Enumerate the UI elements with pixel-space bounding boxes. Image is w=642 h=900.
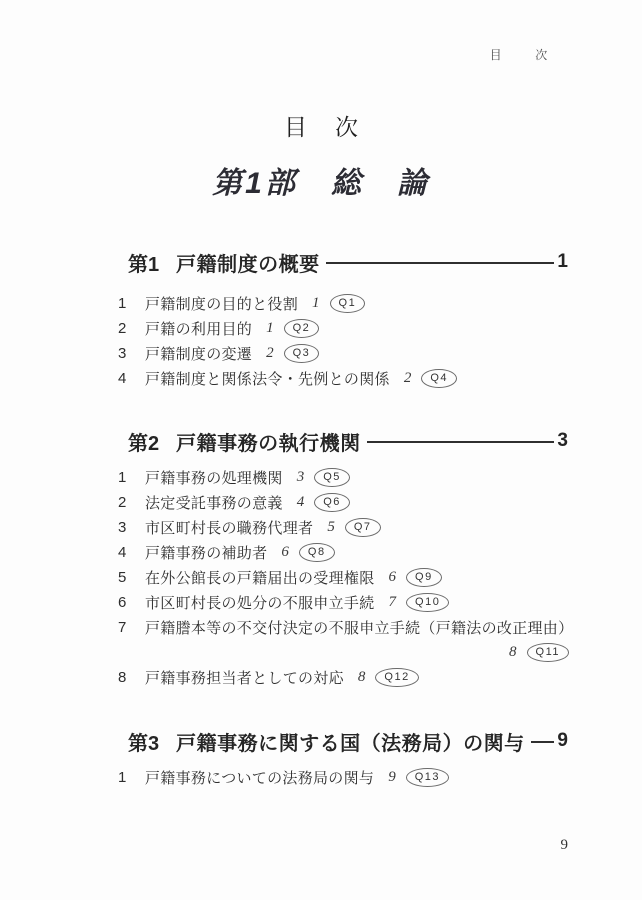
item-number: 2 xyxy=(118,494,145,511)
item-title: 市区町村長の職務代理者 xyxy=(145,517,313,538)
question-badge: Q4 xyxy=(421,369,457,388)
toc-item: 1 戸籍制度の目的と役割 1 Q1 xyxy=(118,291,570,316)
item-page-number: 6 xyxy=(281,544,289,561)
question-badge: Q2 xyxy=(284,319,320,338)
question-badge: Q13 xyxy=(406,768,449,787)
item-number: 6 xyxy=(118,594,145,611)
item-number: 8 xyxy=(118,669,145,686)
item-page-number: 9 xyxy=(388,769,396,786)
section-title: 戸籍事務の執行機関 xyxy=(176,427,361,456)
toc-item: 3 戸籍制度の変遷 2 Q3 xyxy=(118,341,570,366)
item-page-number: 4 xyxy=(297,494,305,511)
item-title: 戸籍事務担当者としての対応 xyxy=(145,667,344,688)
item-number: 7 xyxy=(118,619,145,636)
section-items-2: 1 戸籍事務の処理機関 3 Q5 2 法定受託事務の意義 4 Q6 3 市区町村… xyxy=(118,465,570,690)
item-page-number: 3 xyxy=(297,469,305,486)
question-badge: Q7 xyxy=(345,518,381,537)
toc-page: 目 次 目 次 第1部 総 論 第1 戸籍制度の概要 1 1 戸籍制度の目的と役… xyxy=(0,0,642,900)
section-heading-2: 第2 戸籍事務の執行機関 3 xyxy=(128,427,568,455)
toc-item: 3 市区町村長の職務代理者 5 Q7 xyxy=(118,515,570,540)
toc-item-continuation: 8 Q11 xyxy=(118,640,570,665)
item-page-number: 8 xyxy=(509,644,517,661)
question-badge: Q10 xyxy=(406,593,449,612)
toc-item: 2 戸籍の利用目的 1 Q2 xyxy=(118,316,570,341)
item-title: 戸籍事務の補助者 xyxy=(145,542,267,563)
item-number: 4 xyxy=(118,544,145,561)
item-page-number: 2 xyxy=(404,370,412,387)
section-items-3: 1 戸籍事務についての法務局の関与 9 Q13 xyxy=(118,765,570,790)
section-page-number: 1 xyxy=(557,251,568,273)
section-title: 戸籍事務に関する国（法務局）の関与 xyxy=(176,727,525,756)
toc-item: 6 市区町村長の処分の不服申立手続 7 Q10 xyxy=(118,590,570,615)
item-title: 法定受託事務の意義 xyxy=(145,492,283,513)
section-items-1: 1 戸籍制度の目的と役割 1 Q1 2 戸籍の利用目的 1 Q2 3 戸籍制度の… xyxy=(118,291,570,391)
section-title: 戸籍制度の概要 xyxy=(176,248,320,277)
item-title: 戸籍事務についての法務局の関与 xyxy=(145,767,374,788)
toc-title: 目 次 xyxy=(0,112,642,144)
toc-title-char: 次 xyxy=(335,112,358,144)
toc-item: 8 戸籍事務担当者としての対応 8 Q12 xyxy=(118,665,570,690)
toc-item: 5 在外公館長の戸籍届出の受理権限 6 Q9 xyxy=(118,565,570,590)
toc-item: 7 戸籍謄本等の不交付決定の不服申立手続（戸籍法の改正理由） xyxy=(118,615,570,640)
item-number: 1 xyxy=(118,769,145,786)
question-badge: Q3 xyxy=(284,344,320,363)
question-badge: Q8 xyxy=(299,543,335,562)
toc-title-char: 目 xyxy=(284,112,307,144)
question-badge: Q6 xyxy=(314,493,350,512)
leader-line xyxy=(367,441,554,443)
section-label: 第2 xyxy=(128,427,159,456)
item-number: 1 xyxy=(118,469,145,486)
question-badge: Q12 xyxy=(375,668,418,687)
item-number: 3 xyxy=(118,519,145,536)
running-header: 目 次 xyxy=(490,46,558,64)
toc-item: 1 戸籍事務についての法務局の関与 9 Q13 xyxy=(118,765,570,790)
question-badge: Q5 xyxy=(314,468,350,487)
section-page-number: 3 xyxy=(557,430,568,452)
toc-item: 1 戸籍事務の処理機関 3 Q5 xyxy=(118,465,570,490)
toc-item: 2 法定受託事務の意義 4 Q6 xyxy=(118,490,570,515)
toc-item: 4 戸籍制度と関係法令・先例との関係 2 Q4 xyxy=(118,366,570,391)
item-number: 2 xyxy=(118,320,145,337)
item-page-number: 1 xyxy=(266,320,274,337)
item-number: 1 xyxy=(118,295,145,312)
question-badge: Q1 xyxy=(330,294,366,313)
toc-item: 4 戸籍事務の補助者 6 Q8 xyxy=(118,540,570,565)
item-title: 戸籍制度の目的と役割 xyxy=(145,293,298,314)
page-number: 9 xyxy=(561,837,569,854)
item-title: 戸籍謄本等の不交付決定の不服申立手続（戸籍法の改正理由） xyxy=(145,617,573,638)
section-page-number: 9 xyxy=(557,730,568,752)
item-page-number: 7 xyxy=(389,594,397,611)
item-title: 戸籍制度と関係法令・先例との関係 xyxy=(145,368,390,389)
question-badge: Q11 xyxy=(527,643,569,662)
item-title: 市区町村長の処分の不服申立手続 xyxy=(145,592,375,613)
item-page-number: 5 xyxy=(327,519,335,536)
item-number: 3 xyxy=(118,345,145,362)
item-page-number: 6 xyxy=(389,569,397,586)
section-label: 第3 xyxy=(128,727,159,756)
item-title: 戸籍制度の変遷 xyxy=(145,343,252,364)
item-title: 在外公館長の戸籍届出の受理権限 xyxy=(145,567,375,588)
section-heading-1: 第1 戸籍制度の概要 1 xyxy=(128,248,568,276)
item-title: 戸籍の利用目的 xyxy=(145,318,252,339)
leader-line xyxy=(326,262,554,264)
leader-line xyxy=(531,741,554,743)
item-page-number: 2 xyxy=(266,345,274,362)
item-number: 4 xyxy=(118,370,145,387)
question-badge: Q9 xyxy=(406,568,442,587)
item-number: 5 xyxy=(118,569,145,586)
section-heading-3: 第3 戸籍事務に関する国（法務局）の関与 9 xyxy=(128,727,568,755)
item-page-number: 8 xyxy=(358,669,366,686)
item-page-number: 1 xyxy=(312,295,320,312)
section-label: 第1 xyxy=(128,248,159,277)
item-title: 戸籍事務の処理機関 xyxy=(145,467,283,488)
part-title: 第1部 総 論 xyxy=(0,164,642,204)
